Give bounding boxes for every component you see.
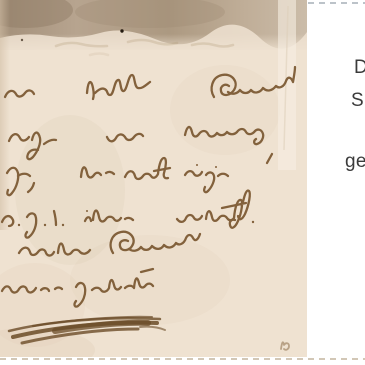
page: D S ge <box>0 0 365 365</box>
text-fragment-2: S <box>351 91 364 110</box>
text-fragment-3: ge <box>345 152 365 171</box>
adjacent-text-column: D S ge <box>0 0 365 365</box>
text-fragment-1: D <box>354 58 365 77</box>
dashed-border-bottom <box>0 358 365 360</box>
